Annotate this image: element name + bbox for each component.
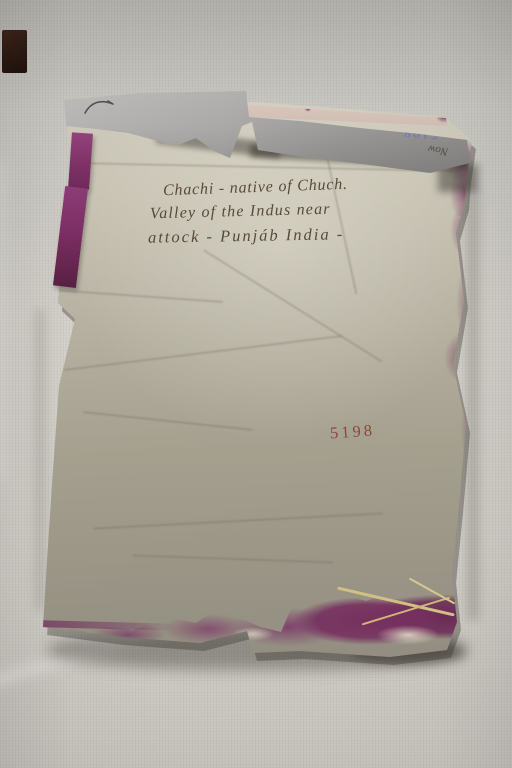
pencil-mark: [82, 97, 118, 117]
paper-cast-shadow: [468, 190, 478, 620]
archival-photo: Chachi - native of Chuch. Valley of the …: [0, 0, 512, 768]
fabric-wrinkle: [0, 160, 4, 480]
catalog-number-red: 5198: [329, 420, 375, 443]
specimen-label-paper: Chachi - native of Chuch. Valley of the …: [38, 90, 478, 668]
dark-corner-patch: [2, 30, 27, 73]
magenta-ribbon-tab-upper: [68, 132, 93, 189]
handwriting-line-3: attock - Punjáb India -: [148, 224, 345, 247]
paper-cast-shadow: [36, 310, 44, 610]
